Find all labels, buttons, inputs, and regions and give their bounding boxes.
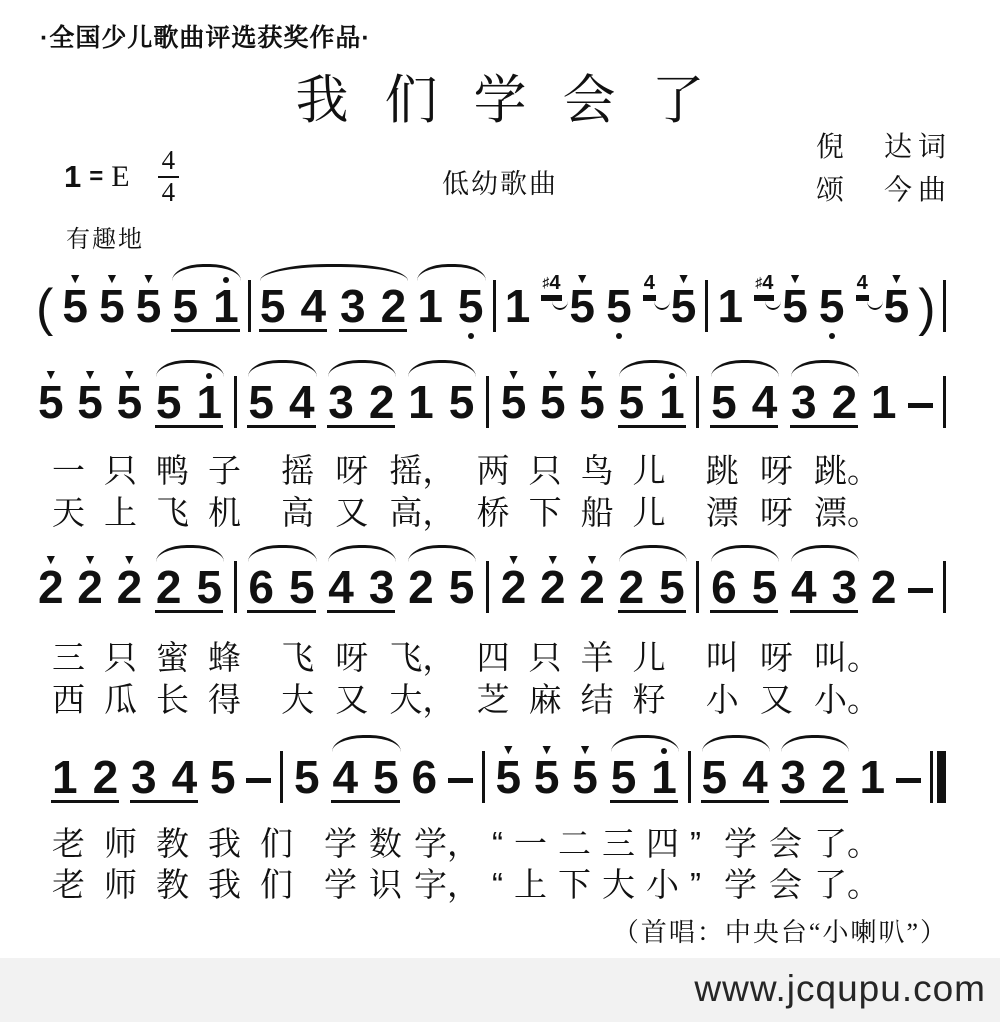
note-digit: 6 [248, 569, 274, 607]
note: 1 [52, 759, 78, 797]
note-digit: 5 [819, 288, 845, 326]
note-digit: 5 [38, 384, 64, 422]
note-group: 43 [789, 569, 859, 607]
note-digit: 5 [449, 569, 475, 607]
credits-block: 倪 达词 颂 今曲 [816, 126, 952, 213]
note: 1 [417, 288, 443, 326]
note-digit: 5 [136, 288, 162, 326]
note-digit: 4 [172, 759, 198, 797]
note-digit: 2 [93, 759, 119, 797]
lyric-phrase: 呀 [335, 445, 368, 492]
note: 2 [408, 569, 434, 607]
note-digit: 4 [300, 288, 326, 326]
note-subgroup: 1 [858, 759, 888, 797]
note: 5 [606, 288, 632, 326]
beam-group: 65 [709, 569, 779, 607]
note: 2 [832, 384, 858, 422]
note: 5▼ [62, 288, 88, 326]
lyric-phrase: 学 [724, 818, 757, 865]
note-subgroup: 5 [292, 759, 322, 797]
note-digit: 1 [505, 288, 531, 326]
note: 5 [702, 759, 728, 797]
note-group: 5▼ [570, 759, 600, 797]
barline [696, 376, 699, 428]
beam-group: 25 [617, 569, 687, 607]
category-label: 低幼歌曲 [442, 162, 558, 201]
note-subgroup: 1 [503, 288, 533, 326]
slur-arc [619, 360, 687, 377]
note: 5 [711, 384, 737, 422]
accent-mark: ▼ [44, 552, 58, 566]
lyric-phrase: 桥下船儿 [477, 487, 685, 534]
beam-group: 51 [617, 384, 687, 422]
note-subgroup: 5▼ [577, 384, 607, 422]
premiere-credit: （首唱：中央台“小喇叭”） [613, 912, 948, 949]
beam-group: 34 [129, 759, 199, 797]
note: 5▼ [501, 384, 527, 422]
note-group: 1 [869, 384, 899, 422]
slur-arc [260, 264, 408, 281]
note: 2▼ [38, 569, 64, 607]
lyric-phrase: 学， [414, 818, 480, 865]
slur-arc [408, 545, 476, 562]
beam-group: 54 [700, 759, 770, 797]
lyric-phrase: 大， [389, 674, 455, 721]
note-group: 32 [779, 759, 849, 797]
octave-dot-high [223, 277, 229, 283]
note-digit: 2 [501, 569, 527, 607]
lyric-phrase: 了。 [814, 818, 880, 865]
note: 4 [289, 384, 315, 422]
beam-group: 32 [326, 384, 396, 422]
accent-mark: ▼ [578, 742, 592, 756]
music-line-intro: (5▼5▼5▼5154321515▼♯455▼415▼♯455▼4) [36, 250, 946, 342]
note: 2 [156, 569, 182, 607]
note-digit: 5 [572, 759, 598, 797]
beam-group: 65 [246, 569, 316, 607]
note-subgroup: 5▼ [493, 759, 523, 797]
note-group: 2▼ [538, 569, 568, 607]
lyric-phrase: 三只蜜蜂 [52, 632, 260, 679]
note-digit: 5 [671, 288, 697, 326]
lyric-phrase: 学 [324, 859, 357, 906]
music-line-verse-c: 1234554565▼5▼5▼5154321 [50, 721, 946, 813]
note-group: 65 [246, 569, 316, 607]
note-group: 2▼ [115, 569, 145, 607]
note-group: 5▼4 [854, 288, 912, 326]
note-group: 5▼ [115, 384, 145, 422]
note-digit: 5 [449, 384, 475, 422]
note-group: 5▼ [577, 384, 607, 422]
accent-mark: ▼ [546, 552, 560, 566]
note-digit: 1 [651, 759, 677, 797]
slur-arc [791, 545, 859, 562]
barline [493, 280, 496, 332]
barline [482, 751, 485, 803]
lyric-phrase: 小。 [814, 674, 880, 721]
note: 2▼ [540, 569, 566, 607]
beam-group: 51 [170, 288, 240, 326]
note-subgroup: 2▼ [499, 569, 529, 607]
note: 1 [505, 288, 531, 326]
slur-arc [328, 545, 396, 562]
note: 5 [156, 384, 182, 422]
note-group: 54 [246, 384, 316, 422]
note-group: 5▼ [538, 384, 568, 422]
parenthesis: ) [918, 285, 935, 332]
barline [696, 561, 699, 613]
barline [486, 561, 489, 613]
lyric-phrase: 高， [389, 487, 455, 534]
note-subgroup: 5▼4 [641, 288, 699, 326]
key-note: E [111, 160, 129, 194]
lyric-phrase: 跳 [706, 445, 739, 492]
note-group: 5▼ [36, 384, 66, 422]
note-group: 5▼ [60, 288, 90, 326]
note: 6 [248, 569, 274, 607]
watermark: www.jcqupu.com [694, 968, 986, 1010]
slur-arc [611, 735, 679, 752]
note-digit: 2 [38, 569, 64, 607]
note: 5 [248, 384, 274, 422]
note-digit: 4 [328, 569, 354, 607]
octave-dot-low [829, 333, 835, 339]
note-subgroup: 2 [869, 569, 899, 607]
lyrics-row-2: 天上飞机高又高，桥下船儿漂呀漂。 [52, 487, 880, 534]
grace-note: ♯4 [541, 273, 561, 297]
accent-mark: ▼ [83, 552, 97, 566]
note: 1 [408, 384, 434, 422]
lyrics-row-3: 三只蜜蜂飞呀飞，四只羊儿叫呀叫。 [52, 632, 880, 679]
lyric-phrase: “上下大小” [492, 859, 712, 906]
note-digit: 6 [711, 569, 737, 607]
beam-group: 45 [330, 759, 400, 797]
note: 5▼ [572, 759, 598, 797]
accent-mark: ▼ [83, 367, 97, 381]
note-digit: 3 [832, 569, 858, 607]
note-digit: 5 [619, 384, 645, 422]
lyric-phrase: 呀 [760, 632, 793, 679]
note-digit: 1 [52, 759, 78, 797]
note-group: 2▼ [499, 569, 529, 607]
slur-arc [332, 735, 400, 752]
note-group: 51 [617, 384, 687, 422]
note-digit: 3 [328, 384, 354, 422]
note-group: 32 [326, 384, 396, 422]
note-group: 15 [406, 384, 476, 422]
note-group: 5▼ [97, 288, 127, 326]
final-barline [930, 751, 946, 803]
note: 4 [300, 288, 326, 326]
note-digit: 5 [611, 759, 637, 797]
grace-tie [765, 299, 781, 310]
note-group: 12 [50, 759, 120, 797]
note-subgroup: 5▼ [115, 384, 145, 422]
note: 5▼♯4 [569, 288, 595, 326]
sharp-sign: ♯ [755, 274, 762, 290]
music-line-verse-b: 2▼2▼2▼256543252▼2▼2▼2565432 [36, 531, 946, 623]
note-group: 51 [154, 384, 224, 422]
note-subgroup: 2▼ [36, 569, 66, 607]
key-and-time-signature: 1 = E 4 4 [64, 146, 179, 207]
note-group: 25 [154, 569, 224, 607]
note-group: 54 [709, 384, 779, 422]
note-group: 65 [709, 569, 779, 607]
note: 2 [871, 569, 897, 607]
note-digit: 6 [411, 759, 437, 797]
slur-arc [417, 264, 485, 281]
lyric-phrase: 又 [335, 674, 368, 721]
note-subgroup: 6 [409, 759, 439, 797]
note: 5▼4 [671, 288, 697, 326]
lyric-phrase: 会 [769, 818, 802, 865]
lyric-phrase: 西瓜长得 [52, 674, 260, 721]
note-digit: 5 [458, 288, 484, 326]
beam-group: 25 [154, 569, 224, 607]
accent-mark: ▼ [507, 552, 521, 566]
note: 2▼ [579, 569, 605, 607]
note: 3 [832, 569, 858, 607]
lyric-phrase: 两只鸟儿 [477, 445, 685, 492]
beam-group: 12 [50, 759, 120, 797]
note: 4 [742, 759, 768, 797]
note-group: 6 [409, 759, 439, 797]
note: 5▼ [540, 384, 566, 422]
note-subgroup: 5▼ [36, 384, 66, 422]
note-group: 2 [869, 569, 899, 607]
note-group: 45 [330, 759, 400, 797]
octave-dot-high [669, 373, 675, 379]
note: 5 [619, 384, 645, 422]
note-digit: 2 [408, 569, 434, 607]
note-group: 1 [503, 288, 533, 326]
slur-arc [156, 360, 224, 377]
slur-arc [619, 545, 687, 562]
note-subgroup: 15 [406, 384, 476, 422]
note-digit: 1 [860, 759, 886, 797]
note-group: 5▼♯4 [539, 288, 597, 326]
accent-mark: ▼ [68, 271, 82, 285]
lyric-phrase: 字， [414, 859, 480, 906]
music-line-verse-a: 5▼5▼5▼515432155▼5▼5▼5154321 [36, 346, 946, 438]
parenthesis: ( [36, 285, 53, 332]
note-digit: 5 [495, 759, 521, 797]
note-group: 25 [406, 569, 476, 607]
beam-group: 51 [154, 384, 224, 422]
octave-dot-high [206, 373, 212, 379]
lyric-phrase: 天上飞机 [52, 487, 260, 534]
final-barline-thin [930, 751, 933, 803]
lyric-phrase: 四只羊儿 [477, 632, 685, 679]
note-digit: 4 [332, 759, 358, 797]
lyrics-row-4: 西瓜长得大又大，芝麻结籽小又小。 [52, 674, 880, 721]
note: 6 [411, 759, 437, 797]
time-numerator: 4 [158, 146, 180, 178]
lyric-phrase: 又 [760, 674, 793, 721]
note: 5 [449, 384, 475, 422]
note: 5 [196, 569, 222, 607]
note-group: 43 [326, 569, 396, 607]
note-group: 51 [609, 759, 679, 797]
note: 2 [619, 569, 645, 607]
barline [943, 561, 946, 613]
note-digit: 2 [821, 759, 847, 797]
slur-arc [328, 360, 396, 377]
note-subgroup: 5 [208, 759, 238, 797]
note-subgroup: 5▼ [538, 384, 568, 422]
note-group: 5432 [258, 288, 408, 326]
note: 2 [381, 288, 407, 326]
note-digit: 5 [884, 288, 910, 326]
note: 2▼ [117, 569, 143, 607]
note-group: 5▼ [493, 759, 523, 797]
slur-arc [172, 264, 240, 281]
note-digit: 5 [373, 759, 399, 797]
lyric-phrase: 又 [335, 487, 368, 534]
lyric-phrase: 叫。 [814, 632, 880, 679]
accent-mark: ▼ [142, 271, 156, 285]
slur-arc [781, 735, 849, 752]
note: 5 [659, 569, 685, 607]
note-subgroup: 5▼♯4 [752, 288, 810, 326]
note-subgroup: 5▼♯4 [539, 288, 597, 326]
note-digit: 5 [196, 569, 222, 607]
note: 5▼ [77, 384, 103, 422]
note-group: 5▼ [134, 288, 164, 326]
note-subgroup: 5▼ [499, 384, 529, 422]
note-group: 2▼ [36, 569, 66, 607]
note: 5▼ [495, 759, 521, 797]
dash-note [246, 778, 271, 783]
note-digit: 5 [289, 569, 315, 607]
note-group: 1 [716, 288, 746, 326]
lyric-phrase: 呀 [760, 487, 793, 534]
lyric-phrase: 摇， [389, 445, 455, 492]
time-denominator: 4 [158, 178, 180, 207]
note: 3 [131, 759, 157, 797]
note: 2▼ [501, 569, 527, 607]
note-subgroup: 5▼ [60, 288, 90, 326]
note-digit: 4 [289, 384, 315, 422]
note-group: 34 [129, 759, 199, 797]
note-digit: 5 [172, 288, 198, 326]
note: 2 [369, 384, 395, 422]
note-digit: 5 [711, 384, 737, 422]
beam-group: 32 [789, 384, 859, 422]
slur-arc [702, 735, 770, 752]
grace-note: 4 [643, 273, 656, 297]
note: 5▼ [136, 288, 162, 326]
tempo-marking: 有趣地 [66, 219, 144, 254]
accent-mark: ▼ [546, 367, 560, 381]
note: 5 [289, 569, 315, 607]
note-digit: 2 [369, 384, 395, 422]
note: 1 [860, 759, 886, 797]
note-digit: 5 [782, 288, 808, 326]
note: 3 [369, 569, 395, 607]
dash-note [908, 403, 933, 408]
lyric-phrase: 一只鸭子 [52, 445, 260, 492]
note: 5▼♯4 [782, 288, 808, 326]
note-digit: 5 [579, 384, 605, 422]
note-digit: 3 [781, 759, 807, 797]
note-digit: 1 [659, 384, 685, 422]
barline [234, 561, 237, 613]
note: 5▼4 [884, 288, 910, 326]
grace-tie [867, 299, 883, 310]
note-digit: 5 [659, 569, 685, 607]
lyric-phrase: 大 [281, 674, 314, 721]
lyrics-row-5: 老师教我们学数学，“一二三四”学会了。 [52, 818, 880, 865]
note: 1 [213, 288, 239, 326]
lyric-phrase: 数 [369, 818, 402, 865]
lyric-phrase: 跳。 [814, 445, 880, 492]
note-digit: 2 [77, 569, 103, 607]
lyric-phrase: 老师教我们 [52, 859, 312, 906]
note-group: 5▼ [532, 759, 562, 797]
octave-dot-low [616, 333, 622, 339]
slur-arc [248, 360, 316, 377]
accent-mark: ▼ [501, 742, 515, 756]
accent-mark: ▼ [122, 367, 136, 381]
slur-arc [711, 360, 779, 377]
note: 6 [711, 569, 737, 607]
key-prefix: 1 [64, 159, 81, 195]
note: 5 [260, 288, 286, 326]
note-digit: 2 [540, 569, 566, 607]
accent-mark: ▼ [575, 271, 589, 285]
note-subgroup: 2▼ [577, 569, 607, 607]
note-digit: 5 [540, 384, 566, 422]
barline [688, 751, 691, 803]
lyric-phrase: 呀 [760, 445, 793, 492]
note-digit: 2 [117, 569, 143, 607]
award-label: ·全国少儿歌曲评选获奖作品· [40, 18, 371, 54]
lyric-phrase: 飞 [281, 632, 314, 679]
note: 2 [821, 759, 847, 797]
note-digit: 5 [294, 759, 320, 797]
slur-arc [408, 360, 476, 377]
note: 4 [328, 569, 354, 607]
note-digit: 2 [156, 569, 182, 607]
slur-arc [791, 360, 859, 377]
sharp-sign: ♯ [542, 274, 549, 290]
note-subgroup: 1 [869, 384, 899, 422]
note-group: 5 [817, 288, 847, 326]
note-digit: 3 [340, 288, 366, 326]
note-subgroup: 5 [604, 288, 634, 326]
note: 1 [196, 384, 222, 422]
octave-dot-high [661, 748, 667, 754]
lyricist-credit: 倪 达词 [816, 126, 952, 169]
note-subgroup: 5▼4 [854, 288, 912, 326]
note: 3 [340, 288, 366, 326]
barline [705, 280, 708, 332]
lyric-phrase: 识 [369, 859, 402, 906]
barline [486, 376, 489, 428]
accent-mark: ▼ [585, 552, 599, 566]
note-digit: 1 [213, 288, 239, 326]
note-group: 5 [208, 759, 238, 797]
note-digit: 5 [569, 288, 595, 326]
lyric-phrase: 了。 [814, 859, 880, 906]
note-subgroup: 5▼ [532, 759, 562, 797]
note-subgroup: 5▼ [97, 288, 127, 326]
note-digit: 3 [369, 569, 395, 607]
note-digit: 5 [702, 759, 728, 797]
note-digit: 5 [156, 384, 182, 422]
note: 3 [791, 384, 817, 422]
